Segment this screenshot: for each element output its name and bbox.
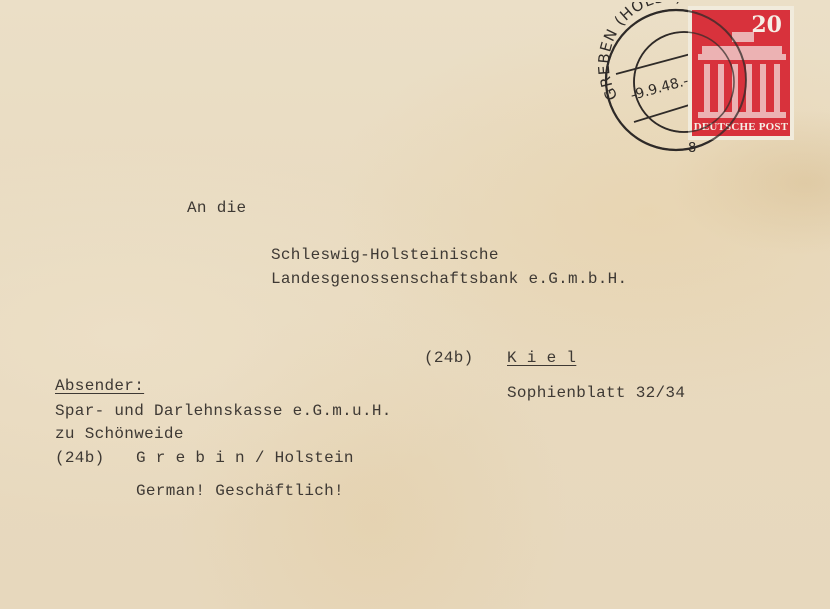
sender-line2: zu Schönweide [55, 425, 184, 443]
postmark-suffix: 8 [688, 141, 696, 156]
postage-stamp: 20 DEUTSCHE POST [688, 6, 794, 140]
recipient-name-line1: Schleswig-Holsteinische [271, 246, 499, 264]
recipient-postal-code: (24b) [424, 349, 474, 367]
sender-label: Absender: [55, 377, 144, 395]
sender-line1: Spar- und Darlehnskasse e.G.m.u.H. [55, 402, 392, 420]
sender-postal-code: (24b) [55, 449, 105, 467]
recipient-street: Sophienblatt 32/34 [507, 384, 685, 402]
sender-note: German! Geschäftlich! [136, 482, 344, 500]
postmark-date: -9.9.48.- [629, 73, 690, 104]
stamp-caption: DEUTSCHE POST [692, 121, 790, 133]
brandenburg-gate-icon [696, 32, 788, 122]
recipient-salutation: An die [187, 199, 246, 217]
recipient-name-line2: Landesgenossenschaftsbank e.G.m.b.H. [271, 270, 627, 288]
recipient-city: K i e l [507, 349, 576, 367]
sender-city: G r e b i n / Holstein [136, 449, 354, 467]
